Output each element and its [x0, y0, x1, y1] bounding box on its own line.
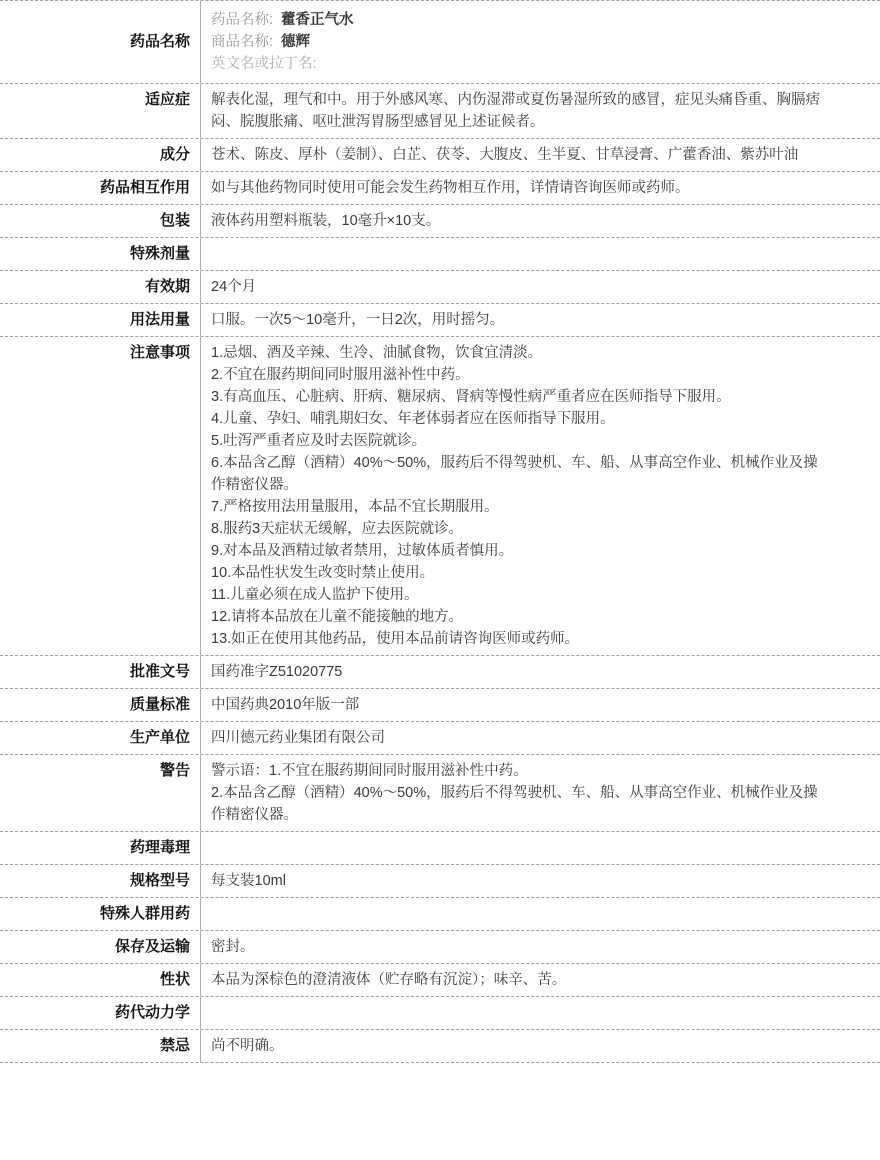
row-label: 警告 [0, 755, 200, 831]
row-label: 用法用量 [0, 304, 200, 336]
english-name-field: 英文名或拉丁名: [211, 53, 820, 75]
row-content: 口服。一次5～10毫升，一日2次，用时摇匀。 [200, 304, 880, 336]
row-content [200, 997, 880, 1029]
row-label: 性状 [0, 964, 200, 996]
field-value: 藿香正气水 [281, 12, 354, 28]
row-label: 药品名称 [0, 1, 200, 83]
row-label: 特殊人群用药 [0, 898, 200, 930]
row-label: 有效期 [0, 271, 200, 303]
row-content: 警示语：1.不宜在服药期间同时服用滋补性中药。 2.本品含乙醇（酒精）40%～5… [200, 755, 880, 831]
table-row-drug-interactions: 药品相互作用 如与其他药物同时使用可能会发生药物相互作用，详情请咨询医师或药师。 [0, 172, 880, 205]
table-row-manufacturer: 生产单位 四川德元药业集团有限公司 [0, 722, 880, 755]
table-row-contraindications: 禁忌 尚不明确。 [0, 1030, 880, 1063]
row-label: 禁忌 [0, 1030, 200, 1062]
table-row-drug-name: 药品名称 药品名称:藿香正气水 商品名称:德辉 英文名或拉丁名: [0, 1, 880, 84]
row-label: 特殊剂量 [0, 238, 200, 270]
table-row-pharmacokinetics: 药代动力学 [0, 997, 880, 1030]
table-row-specification: 规格型号 每支装10ml [0, 865, 880, 898]
table-row-special-dosage: 特殊剂量 [0, 238, 880, 271]
table-row-pharmacology-toxicology: 药理毒理 [0, 832, 880, 865]
table-row-indications: 适应症 解表化湿，理气和中。用于外感风寒、内伤湿滞或夏伤暑湿所致的感冒，症见头痛… [0, 84, 880, 139]
field-value: 德辉 [281, 34, 310, 50]
table-row-precautions: 注意事项 1.忌烟、酒及辛辣、生冷、油腻食物，饮食宜清淡。 2.不宜在服药期间同… [0, 337, 880, 656]
table-row-special-populations: 特殊人群用药 [0, 898, 880, 931]
row-label: 生产单位 [0, 722, 200, 754]
drug-name-field: 药品名称:藿香正气水 [211, 9, 820, 31]
row-content: 24个月 [200, 271, 880, 303]
drug-info-table: 药品名称 药品名称:藿香正气水 商品名称:德辉 英文名或拉丁名: 适应症 解表化… [0, 0, 880, 1063]
table-row-storage-transport: 保存及运输 密封。 [0, 931, 880, 964]
row-content: 药品名称:藿香正气水 商品名称:德辉 英文名或拉丁名: [200, 1, 880, 83]
row-content: 1.忌烟、酒及辛辣、生冷、油腻食物，饮食宜清淡。 2.不宜在服药期间同时服用滋补… [200, 337, 880, 655]
row-label: 药理毒理 [0, 832, 200, 864]
row-label: 适应症 [0, 84, 200, 138]
row-content: 中国药典2010年版一部 [200, 689, 880, 721]
row-content: 液体药用塑料瓶装，10毫升×10支。 [200, 205, 880, 237]
table-row-shelf-life: 有效期 24个月 [0, 271, 880, 304]
row-label: 质量标准 [0, 689, 200, 721]
field-key: 商品名称: [211, 34, 273, 50]
field-key: 英文名或拉丁名: [211, 56, 317, 72]
row-content: 苍术、陈皮、厚朴（姜制）、白芷、茯苓、大腹皮、生半夏、甘草浸膏、广藿香油、紫苏叶… [200, 139, 880, 171]
row-content: 每支装10ml [200, 865, 880, 897]
row-content: 解表化湿，理气和中。用于外感风寒、内伤湿滞或夏伤暑湿所致的感冒，症见头痛昏重、胸… [200, 84, 880, 138]
trade-name-field: 商品名称:德辉 [211, 31, 820, 53]
row-content [200, 898, 880, 930]
table-row-approval-number: 批准文号 国药准字Z51020775 [0, 656, 880, 689]
row-label: 规格型号 [0, 865, 200, 897]
row-label: 批准文号 [0, 656, 200, 688]
row-label: 注意事项 [0, 337, 200, 655]
table-row-description: 性状 本品为深棕色的澄清液体（贮存略有沉淀）；味辛、苦。 [0, 964, 880, 997]
row-label: 药品相互作用 [0, 172, 200, 204]
table-row-quality-standard: 质量标准 中国药典2010年版一部 [0, 689, 880, 722]
row-content [200, 238, 880, 270]
table-row-ingredients: 成分 苍术、陈皮、厚朴（姜制）、白芷、茯苓、大腹皮、生半夏、甘草浸膏、广藿香油、… [0, 139, 880, 172]
row-content: 密封。 [200, 931, 880, 963]
row-content [200, 832, 880, 864]
row-label: 成分 [0, 139, 200, 171]
table-row-packaging: 包装 液体药用塑料瓶装，10毫升×10支。 [0, 205, 880, 238]
row-label: 药代动力学 [0, 997, 200, 1029]
field-key: 药品名称: [211, 12, 273, 28]
row-content: 本品为深棕色的澄清液体（贮存略有沉淀）；味辛、苦。 [200, 964, 880, 996]
row-content: 尚不明确。 [200, 1030, 880, 1062]
table-row-dosage-usage: 用法用量 口服。一次5～10毫升，一日2次，用时摇匀。 [0, 304, 880, 337]
row-content: 四川德元药业集团有限公司 [200, 722, 880, 754]
row-label: 保存及运输 [0, 931, 200, 963]
row-label: 包装 [0, 205, 200, 237]
table-row-warning: 警告 警示语：1.不宜在服药期间同时服用滋补性中药。 2.本品含乙醇（酒精）40… [0, 755, 880, 832]
row-content: 国药准字Z51020775 [200, 656, 880, 688]
row-content: 如与其他药物同时使用可能会发生药物相互作用，详情请咨询医师或药师。 [200, 172, 880, 204]
